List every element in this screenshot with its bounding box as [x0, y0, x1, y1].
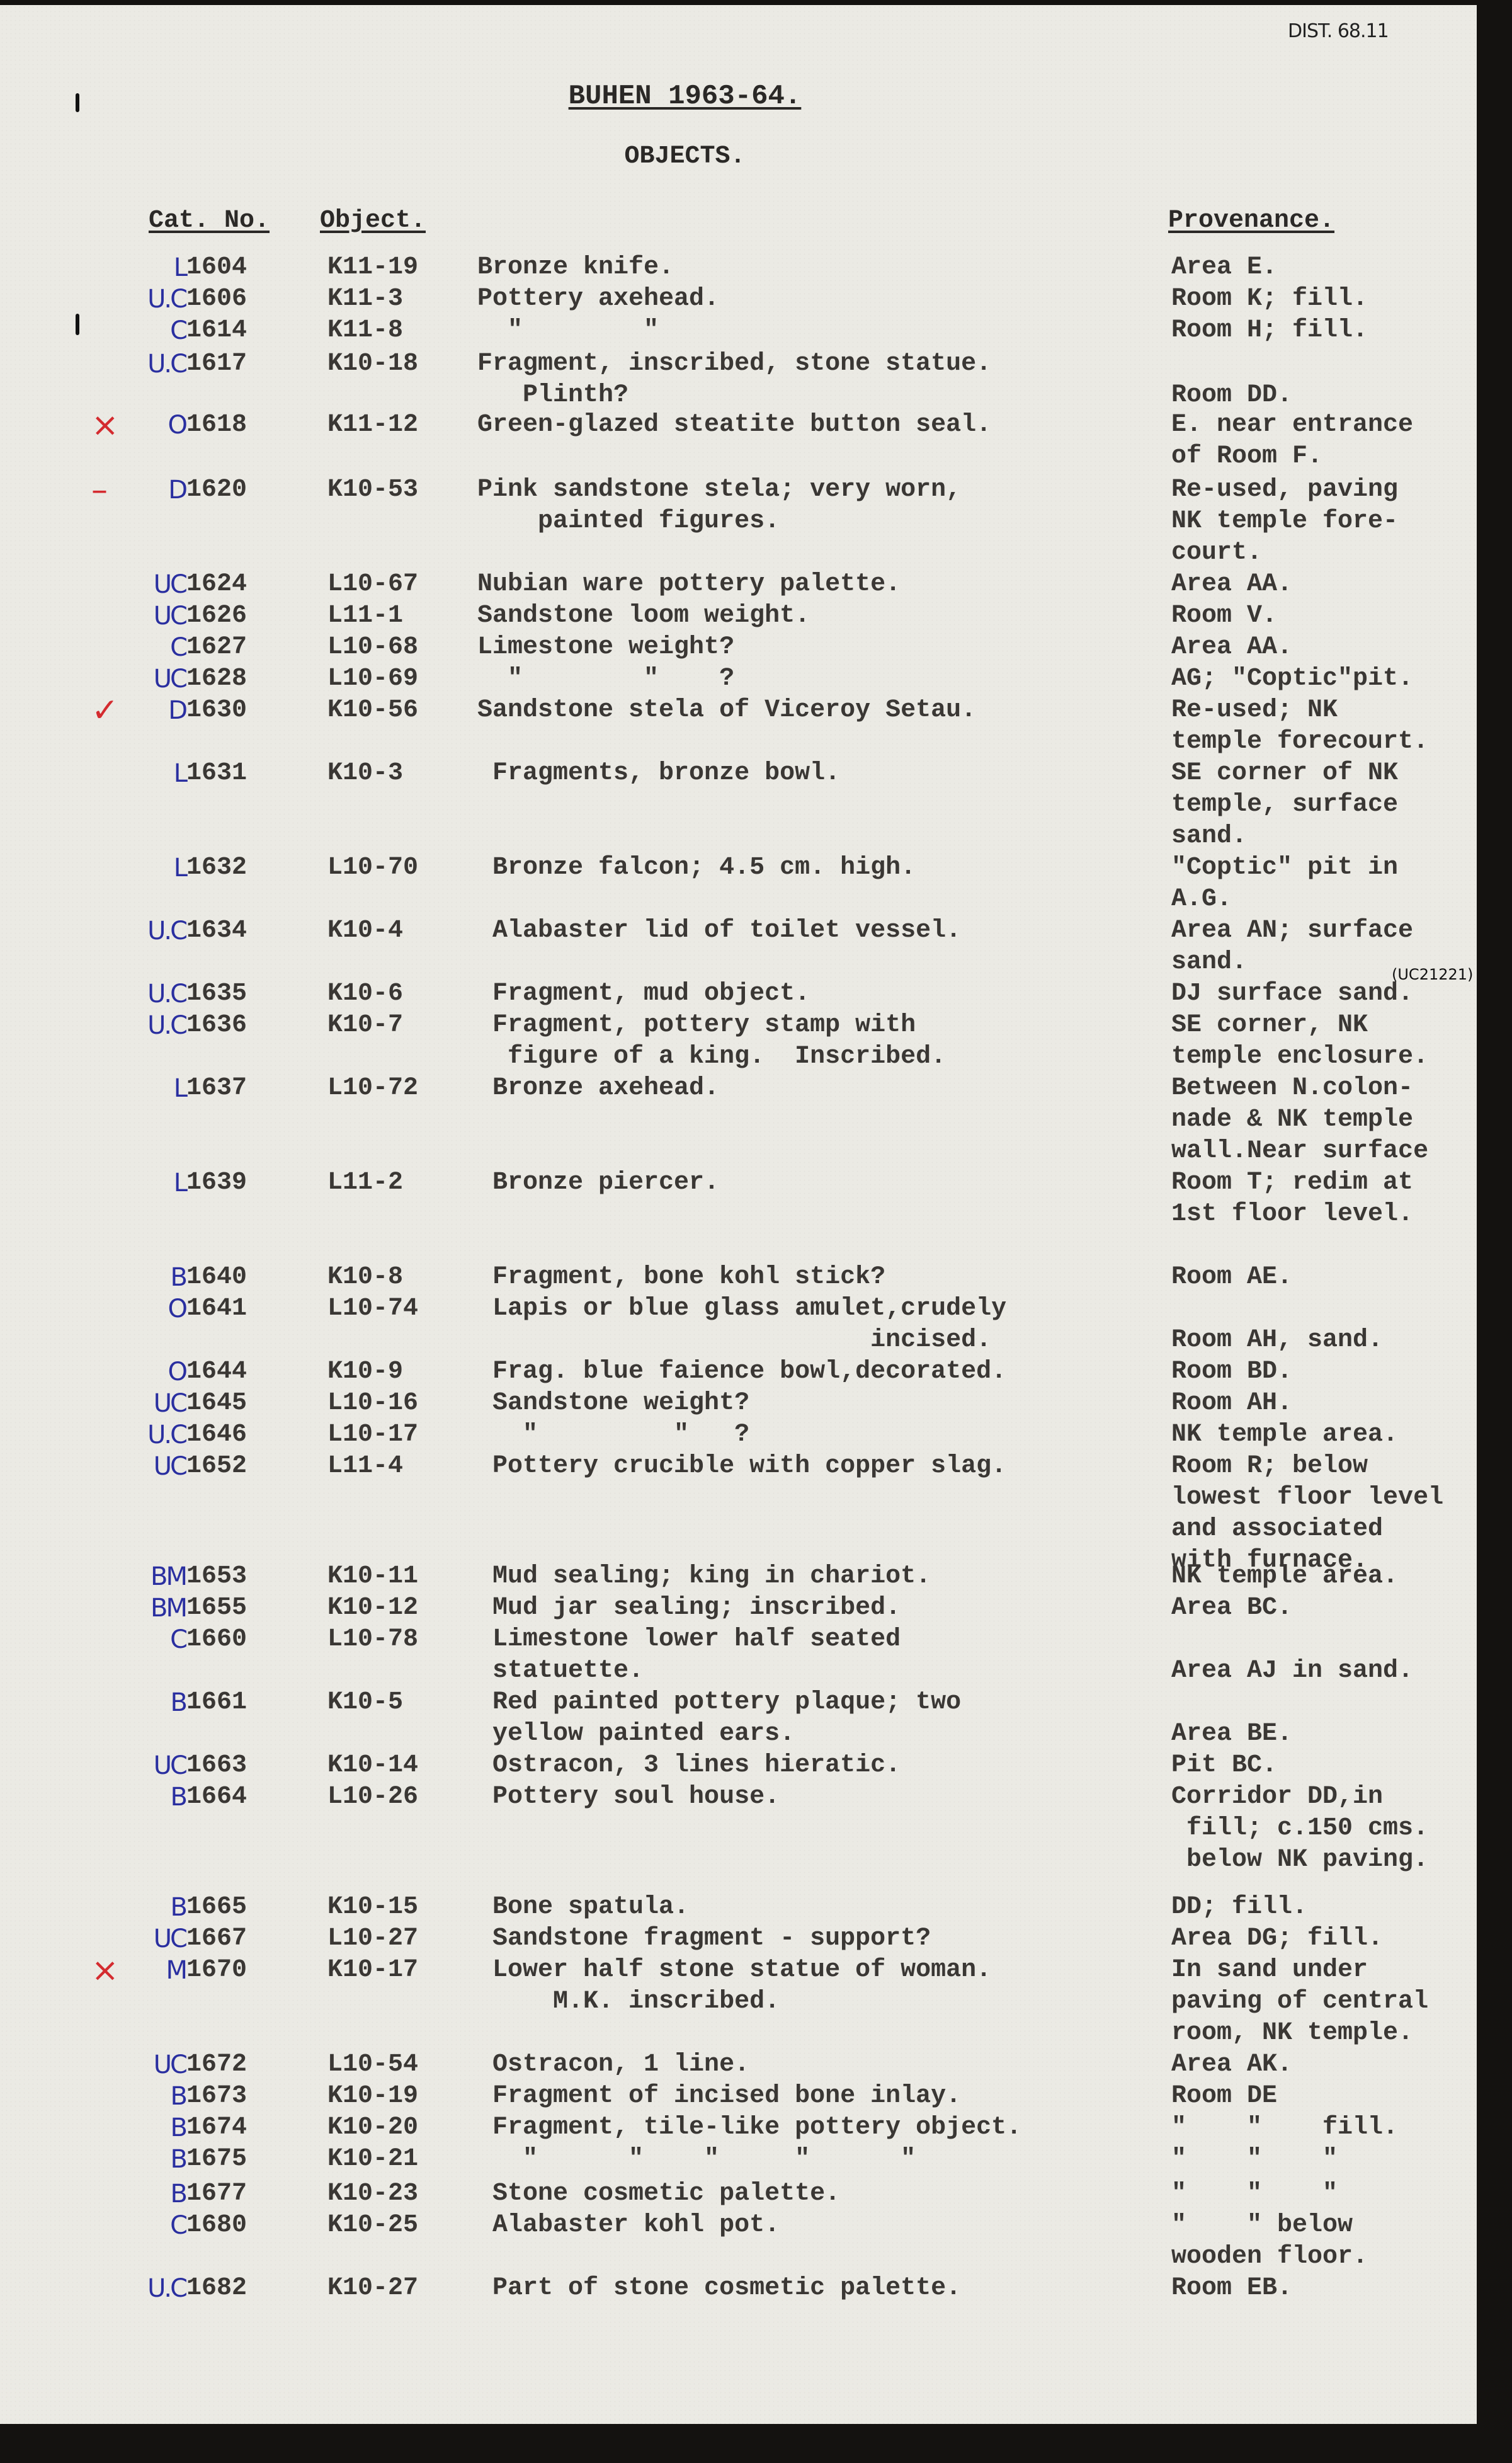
provenance: Room DE: [1171, 2081, 1277, 2112]
object-description: Lower half stone statue of woman. M.K. i…: [477, 1955, 991, 2018]
red-check-mark: –: [91, 474, 108, 506]
handwritten-location-mark: B: [171, 1687, 186, 1718]
object-number: K10-11: [327, 1561, 418, 1592]
object-number: K10-8: [327, 1262, 403, 1293]
catalogue-number: 1680: [186, 2210, 247, 2241]
provenance: AG; "Coptic"pit.: [1171, 663, 1413, 695]
handwritten-location-mark: D: [168, 695, 186, 726]
catalogue-number: 1606: [186, 283, 247, 315]
object-description: Alabaster kohl pot.: [477, 2210, 780, 2241]
catalogue-number: 1646: [186, 1419, 247, 1451]
handwritten-location-mark: UC: [154, 600, 186, 632]
catalogue-number: 1641: [186, 1293, 247, 1325]
object-number: K11-19: [327, 252, 418, 283]
object-number: L10-16: [327, 1388, 418, 1419]
provenance: " " below wooden floor.: [1171, 2210, 1368, 2273]
catalogue-number: 1604: [186, 252, 247, 283]
object-number: K10-12: [327, 1592, 418, 1624]
provenance: SE corner of NK temple, surface sand.: [1171, 758, 1398, 852]
object-number: K10-15: [327, 1892, 418, 1923]
object-number: K10-25: [327, 2210, 418, 2241]
object-description: Bronze knife.: [477, 252, 674, 283]
header-provenance: Provenance.: [1168, 207, 1334, 235]
catalogue-number: 1634: [186, 915, 247, 947]
object-description: Fragment of incised bone inlay.: [477, 2081, 961, 2112]
object-description: Bone spatula.: [477, 1892, 689, 1923]
reference-number: DIST. 68.11: [1288, 20, 1389, 42]
provenance: Room DD.: [1171, 348, 1292, 411]
catalogue-number: 1630: [186, 695, 247, 726]
object-number: L10-27: [327, 1923, 418, 1955]
provenance: Room AE.: [1171, 1262, 1292, 1293]
handwritten-location-mark: C: [170, 315, 186, 346]
object-number: K10-7: [327, 1010, 403, 1041]
provenance: Area E.: [1171, 252, 1277, 283]
handwritten-location-mark: M: [166, 1955, 186, 1986]
handwritten-location-mark: U.C: [147, 915, 186, 947]
provenance: Area BC.: [1171, 1592, 1292, 1624]
object-number: K10-53: [327, 474, 418, 506]
object-number: K10-27: [327, 2273, 418, 2304]
catalogue-number: 1661: [186, 1687, 247, 1718]
object-description: Ostracon, 3 lines hieratic.: [477, 1750, 901, 1781]
handwritten-location-mark: UC: [154, 1451, 186, 1482]
provenance: Re-used; NK temple forecourt.: [1171, 695, 1428, 758]
catalogue-number: 1660: [186, 1624, 247, 1655]
title-text: BUHEN 1963-64.: [569, 81, 802, 112]
handwritten-location-mark: U.C: [147, 1419, 186, 1451]
object-number: L10-67: [327, 569, 418, 600]
object-description: Limestone weight?: [477, 632, 734, 663]
object-description: Fragments, bronze bowl.: [477, 758, 840, 789]
header-object: Object.: [320, 207, 426, 235]
provenance: Pit BC.: [1171, 1750, 1277, 1781]
provenance: Room V.: [1171, 600, 1277, 632]
object-number: K10-17: [327, 1955, 418, 1986]
handwritten-location-mark: U.C: [147, 978, 186, 1010]
provenance: Re-used, paving NK temple fore- court.: [1171, 474, 1398, 569]
provenance: Room BD.: [1171, 1356, 1292, 1388]
object-number: K10-5: [327, 1687, 403, 1718]
handwritten-location-mark: BM: [151, 1592, 186, 1624]
object-description: " " ?: [477, 1419, 749, 1451]
catalogue-number: 1617: [186, 348, 247, 380]
catalogue-number: 1628: [186, 663, 247, 695]
catalogue-number: 1652: [186, 1451, 247, 1482]
object-description: Red painted pottery plaque; two yellow p…: [477, 1687, 961, 1750]
handwritten-location-mark: B: [171, 2081, 186, 2112]
catalogue-number: 1632: [186, 852, 247, 884]
catalogue-number: 1655: [186, 1592, 247, 1624]
handwritten-location-mark: U.C: [147, 1010, 186, 1041]
provenance: "Coptic" pit in A.G.: [1171, 852, 1398, 915]
handwritten-location-mark: L: [174, 1167, 186, 1199]
provenance: Area DG; fill.: [1171, 1923, 1383, 1955]
provenance: " " ": [1171, 2178, 1338, 2210]
provenance: E. near entrance of Room F.: [1171, 409, 1413, 472]
catalogue-number: 1670: [186, 1955, 247, 1986]
handwritten-location-mark: B: [171, 1781, 186, 1813]
handwritten-location-mark: L: [174, 758, 186, 789]
object-description: Pottery axehead.: [477, 283, 719, 315]
object-number: L10-70: [327, 852, 418, 884]
object-number: L10-54: [327, 2049, 418, 2081]
object-description: Bronze falcon; 4.5 cm. high.: [477, 852, 916, 884]
handwritten-location-mark: O: [168, 1293, 186, 1325]
handwritten-location-mark: O: [168, 409, 186, 441]
object-description: Part of stone cosmetic palette.: [477, 2273, 961, 2304]
catalogue-number: 1626: [186, 600, 247, 632]
provenance: SE corner, NK temple enclosure.: [1171, 1010, 1428, 1073]
provenance: Room K; fill.: [1171, 283, 1368, 315]
object-description: Fragment, mud object.: [477, 978, 810, 1010]
handwritten-location-mark: L: [174, 252, 186, 283]
catalogue-number: 1618: [186, 409, 247, 441]
handwritten-location-mark: D: [168, 474, 186, 506]
catalogue-number: 1640: [186, 1262, 247, 1293]
catalogue-number: 1624: [186, 569, 247, 600]
handwritten-location-mark: B: [171, 2112, 186, 2144]
provenance: Area BE.: [1171, 1687, 1292, 1750]
object-description: Bronze piercer.: [477, 1167, 719, 1199]
object-description: Ostracon, 1 line.: [477, 2049, 749, 2081]
object-description: Pink sandstone stela; very worn, painted…: [477, 474, 961, 537]
object-number: L11-4: [327, 1451, 403, 1482]
handwritten-location-mark: U.C: [147, 2273, 186, 2304]
provenance: Area AJ in sand.: [1171, 1624, 1413, 1687]
handwritten-location-mark: B: [171, 1892, 186, 1923]
object-description: Sandstone weight?: [477, 1388, 749, 1419]
catalogue-number: 1639: [186, 1167, 247, 1199]
catalogue-number: 1627: [186, 632, 247, 663]
object-number: L10-68: [327, 632, 418, 663]
object-description: Sandstone stela of Viceroy Setau.: [477, 695, 976, 726]
object-description: " " ?: [477, 663, 734, 695]
catalogue-number: 1644: [186, 1356, 247, 1388]
provenance: NK temple area.: [1171, 1561, 1398, 1592]
object-description: Fragment, tile-like pottery object.: [477, 2112, 1021, 2144]
object-number: L10-74: [327, 1293, 418, 1325]
object-number: K10-3: [327, 758, 403, 789]
object-number: K10-6: [327, 978, 403, 1010]
object-number: L11-1: [327, 600, 403, 632]
handwritten-location-mark: L: [174, 1073, 186, 1104]
object-description: Mud sealing; king in chariot.: [477, 1561, 931, 1592]
handwritten-location-mark: B: [171, 2178, 186, 2210]
handwritten-location-mark: UC: [154, 1750, 186, 1781]
catalogue-number: 1665: [186, 1892, 247, 1923]
red-check-mark: ×: [91, 1955, 119, 1986]
object-number: K10-21: [327, 2144, 418, 2175]
handwritten-location-mark: U.C: [147, 283, 186, 315]
catalogue-number: 1682: [186, 2273, 247, 2304]
handwritten-location-mark: UC: [154, 1388, 186, 1419]
header-cat-no: Cat. No.: [149, 207, 270, 235]
object-description: Pottery soul house.: [477, 1781, 780, 1813]
catalogue-number: 1636: [186, 1010, 247, 1041]
provenance: Room H; fill.: [1171, 315, 1368, 346]
object-description: Bronze axehead.: [477, 1073, 719, 1104]
object-number: L10-78: [327, 1624, 418, 1655]
object-number: K11-3: [327, 283, 403, 315]
object-number: L10-17: [327, 1419, 418, 1451]
object-number: K10-4: [327, 915, 403, 947]
handwritten-location-mark: UC: [154, 1923, 186, 1955]
object-description: Fragment, pottery stamp with figure of a…: [477, 1010, 946, 1073]
object-description: Nubian ware pottery palette.: [477, 569, 901, 600]
provenance: Room AH.: [1171, 1388, 1292, 1419]
object-number: K10-9: [327, 1356, 403, 1388]
catalogue-number: 1620: [186, 474, 247, 506]
document-page: DIST. 68.11 BUHEN 1963-64. OBJECTS. Cat.…: [0, 5, 1477, 2424]
object-description: Fragment, inscribed, stone statue. Plint…: [477, 348, 991, 411]
catalogue-number: 1667: [186, 1923, 247, 1955]
provenance: " " fill.: [1171, 2112, 1398, 2144]
provenance: Area AA.: [1171, 569, 1292, 600]
provenance: Area AA.: [1171, 632, 1292, 663]
object-number: L11-2: [327, 1167, 403, 1199]
red-check-mark: ×: [91, 409, 119, 441]
object-number: K11-12: [327, 409, 418, 441]
object-number: K10-18: [327, 348, 418, 380]
catalogue-number: 1653: [186, 1561, 247, 1592]
catalogue-number: 1635: [186, 978, 247, 1010]
catalogue-number: 1614: [186, 315, 247, 346]
catalogue-number: 1663: [186, 1750, 247, 1781]
object-number: K10-20: [327, 2112, 418, 2144]
document-subtitle: OBJECTS.: [0, 142, 1423, 171]
object-description: Pottery crucible with copper slag.: [477, 1451, 1006, 1482]
object-description: Mud jar sealing; inscribed.: [477, 1592, 901, 1624]
provenance: DJ surface sand.: [1171, 978, 1413, 1010]
object-description: Limestone lower half seated statuette.: [477, 1624, 901, 1687]
handwritten-location-mark: U.C: [147, 348, 186, 380]
handwritten-location-mark: C: [170, 1624, 186, 1655]
object-description: Sandstone fragment - support?: [477, 1923, 931, 1955]
handwritten-location-mark: UC: [154, 663, 186, 695]
object-number: L10-26: [327, 1781, 418, 1813]
object-number: K10-14: [327, 1750, 418, 1781]
provenance: " " ": [1171, 2144, 1338, 2175]
document-title: BUHEN 1963-64.: [0, 81, 1423, 112]
object-number: K10-23: [327, 2178, 418, 2210]
object-description: Alabaster lid of toilet vessel.: [477, 915, 961, 947]
catalogue-number: 1677: [186, 2178, 247, 2210]
object-description: " " " " ": [477, 2144, 916, 2175]
punch-hole-mark: [76, 314, 79, 335]
catalogue-number: 1664: [186, 1781, 247, 1813]
object-description: Sandstone loom weight.: [477, 600, 810, 632]
catalogue-number: 1675: [186, 2144, 247, 2175]
provenance: NK temple area.: [1171, 1419, 1398, 1451]
handwritten-location-mark: UC: [154, 569, 186, 600]
provenance: Room T; redim at 1st floor level.: [1171, 1167, 1413, 1230]
object-number: K10-56: [327, 695, 418, 726]
provenance: Room EB.: [1171, 2273, 1292, 2304]
catalogue-number: 1645: [186, 1388, 247, 1419]
object-description: Fragment, bone kohl stick?: [477, 1262, 885, 1293]
provenance: In sand under paving of central room, NK…: [1171, 1955, 1428, 2049]
catalogue-number: 1631: [186, 758, 247, 789]
catalogue-number: 1637: [186, 1073, 247, 1104]
object-number: K10-19: [327, 2081, 418, 2112]
provenance: Room AH, sand.: [1171, 1293, 1383, 1356]
provenance: Corridor DD,in fill; c.150 cms. below NK…: [1171, 1781, 1428, 1876]
handwritten-location-mark: L: [174, 852, 186, 884]
handwritten-location-mark: C: [170, 632, 186, 663]
provenance: Area AN; surface sand.: [1171, 915, 1413, 978]
provenance: Area AK.: [1171, 2049, 1292, 2081]
red-check-mark: ✓: [91, 695, 119, 726]
provenance: DD; fill.: [1171, 1892, 1307, 1923]
handwritten-location-mark: B: [171, 1262, 186, 1293]
handwritten-location-mark: BM: [151, 1561, 186, 1592]
handwritten-location-mark: UC: [154, 2049, 186, 2081]
object-description: Frag. blue faience bowl,decorated.: [477, 1356, 1006, 1388]
object-description: Green-glazed steatite button seal.: [477, 409, 991, 441]
object-description: Stone cosmetic palette.: [477, 2178, 840, 2210]
object-number: K11-8: [327, 315, 403, 346]
provenance: Between N.colon- nade & NK temple wall.N…: [1171, 1073, 1428, 1167]
catalogue-number: 1673: [186, 2081, 247, 2112]
provenance: Room R; below lowest floor level and ass…: [1171, 1451, 1443, 1577]
catalogue-number: 1672: [186, 2049, 247, 2081]
handwritten-location-mark: C: [170, 2210, 186, 2241]
object-number: L10-72: [327, 1073, 418, 1104]
catalogue-number: 1674: [186, 2112, 247, 2144]
object-description: " ": [477, 315, 659, 346]
handwritten-location-mark: O: [168, 1356, 186, 1388]
object-description: Lapis or blue glass amulet,crudely incis…: [477, 1293, 1006, 1356]
handwritten-location-mark: B: [171, 2144, 186, 2175]
object-number: L10-69: [327, 663, 418, 695]
